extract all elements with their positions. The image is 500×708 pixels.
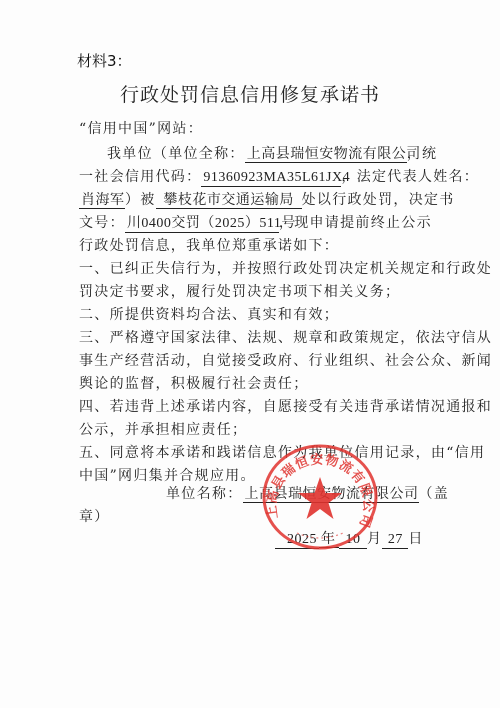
intro-line-5: 行政处罚信息，我单位郑重承诺如下： <box>79 237 339 255</box>
decision-number-field: 川0400交罚（2025）511号 <box>125 216 279 233</box>
commitment-line: 二、所提供资料均合法、真实和有效； <box>79 306 339 324</box>
company-seal-stamp-icon: 上高县瑞恒安物流有限公司 <box>261 443 379 551</box>
day-field: 27 <box>382 532 408 549</box>
legal-rep-field: 肖海军 <box>79 192 125 209</box>
document-title: 行政处罚信息信用修复承诺书 <box>0 80 500 107</box>
commitment-line: 舆论的监督，积极履行社会责任； <box>79 375 309 393</box>
commitment-line: 罚决定书要求，履行处罚决定书项下相关义务； <box>79 283 400 301</box>
commitment-line: 一、已纠正失信行为，并按照行政处罚决定机关规定和行政处 <box>79 260 492 278</box>
commitment-line: 中国”网归集并合规应用。 <box>79 467 256 485</box>
intro-line-1: 我单位（单位全称：上高县瑞恒安物流有限公司，统 <box>107 145 437 163</box>
addressee: “信用中国”网站： <box>79 120 203 138</box>
commitment-line: 四、若违背上述承诺内容，自愿接受有关违背承诺情况通报和 <box>79 398 492 416</box>
document-page: 材料3： 行政处罚信息信用修复承诺书 “信用中国”网站： 我单位（单位全称：上高… <box>0 0 500 708</box>
material-label: 材料3： <box>77 50 132 71</box>
intro-line-3: 肖海军）被攀枝花市交通运输局处以行政处罚，决定书 <box>79 191 455 209</box>
seal-note: 章） <box>79 508 110 526</box>
authority-field: 攀枝花市交通运输局 <box>156 192 302 209</box>
credit-code-field: 91360923MA35L61JX4 <box>201 170 341 187</box>
intro-line-4: 文号：川0400交罚（2025）511号，现申请提前终止公示 <box>79 214 432 233</box>
commitment-line: 事生产经营活动，自觉接受政府、行业组织、社会公众、新闻 <box>79 352 492 370</box>
intro-line-2: 一社会信用代码：91360923MA35L61JX4，法定代表人姓名： <box>79 168 479 187</box>
commitment-line: 公示，并承担相应责任； <box>79 421 247 439</box>
company-name-field: 上高县瑞恒安物流有限公司 <box>245 146 407 163</box>
commitment-line: 三、严格遵守国家法律、法规、规章和政策规定，依法守信从 <box>79 329 492 347</box>
